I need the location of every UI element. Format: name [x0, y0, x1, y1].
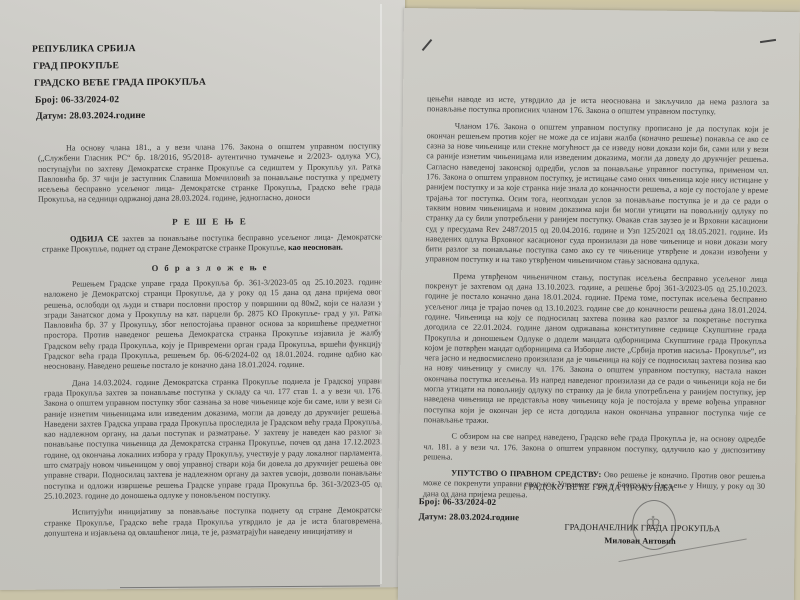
- right-paragraph-1: цењећи наводе из исте, утврдило да је ис…: [427, 94, 769, 118]
- decision-bold-end: као неоснован.: [288, 243, 343, 252]
- right-paragraph-4: С обзиром на све напред наведено, Градск…: [423, 431, 765, 465]
- reasoning-paragraph-2: Дана 14.03.2024. године Демократска стра…: [44, 376, 382, 502]
- reasoning-paragraph-1: Решењем Градске управе града Прокупља бр…: [44, 277, 382, 372]
- decision-title: Р Е Ш Е Њ Е: [150, 216, 270, 227]
- footer-number: Број: 06-33/2024-02: [419, 496, 496, 507]
- footer-date: Датум: 28.03.2024.године: [419, 511, 520, 522]
- page-edge-line: [120, 585, 380, 588]
- right-paragraph-2: Чланом 176. Закона о општем управном пос…: [425, 121, 768, 269]
- header-date: Датум: 28.03.2024.године: [36, 110, 145, 122]
- header-republic: РЕПУБЛИКА СРБИЈА: [32, 43, 136, 55]
- reasoning-title: О б р а з л о ж е њ е: [140, 262, 280, 273]
- header-number: Број: 06-33/2024-02: [35, 94, 119, 106]
- header-city: ГРАД ПРОКУПЉЕ: [33, 60, 119, 72]
- reasoning-paragraph-3: Испитујући иницијативу за понављање пост…: [44, 506, 382, 539]
- right-body: цењећи наводе из исте, утврдило да је ис…: [423, 94, 769, 509]
- reasoning-body: Решењем Градске управе града Прокупља бр…: [44, 277, 382, 544]
- page-fold: [380, 4, 382, 584]
- legal-remedy-bold: УПУТСТВО О ПРАВНОМ СРЕДСТВУ:: [451, 469, 601, 480]
- preamble: На основу члана 181., а у вези члана 176…: [38, 141, 381, 211]
- council-signature: ГРАДСКО ВЕЋЕ ГРАДА ПРОКУПЉА: [499, 481, 699, 493]
- header-council: ГРАДСКО ВЕЋЕ ГРАДА ПРОКУПЉА: [34, 77, 206, 89]
- preamble-text: На основу члана 181., а у вези члана 176…: [38, 141, 381, 205]
- document-page-left: РЕПУБЛИКА СРБИЈА ГРАД ПРОКУПЉЕ ГРАДСКО В…: [0, 0, 405, 590]
- decision-block: ОДБИЈА СЕ захтев за понављање поступка б…: [42, 232, 382, 261]
- right-paragraph-3: Према утврђеном чињеничном стању, поступ…: [424, 271, 768, 429]
- decision-bold: ОДБИЈА СЕ: [70, 234, 119, 243]
